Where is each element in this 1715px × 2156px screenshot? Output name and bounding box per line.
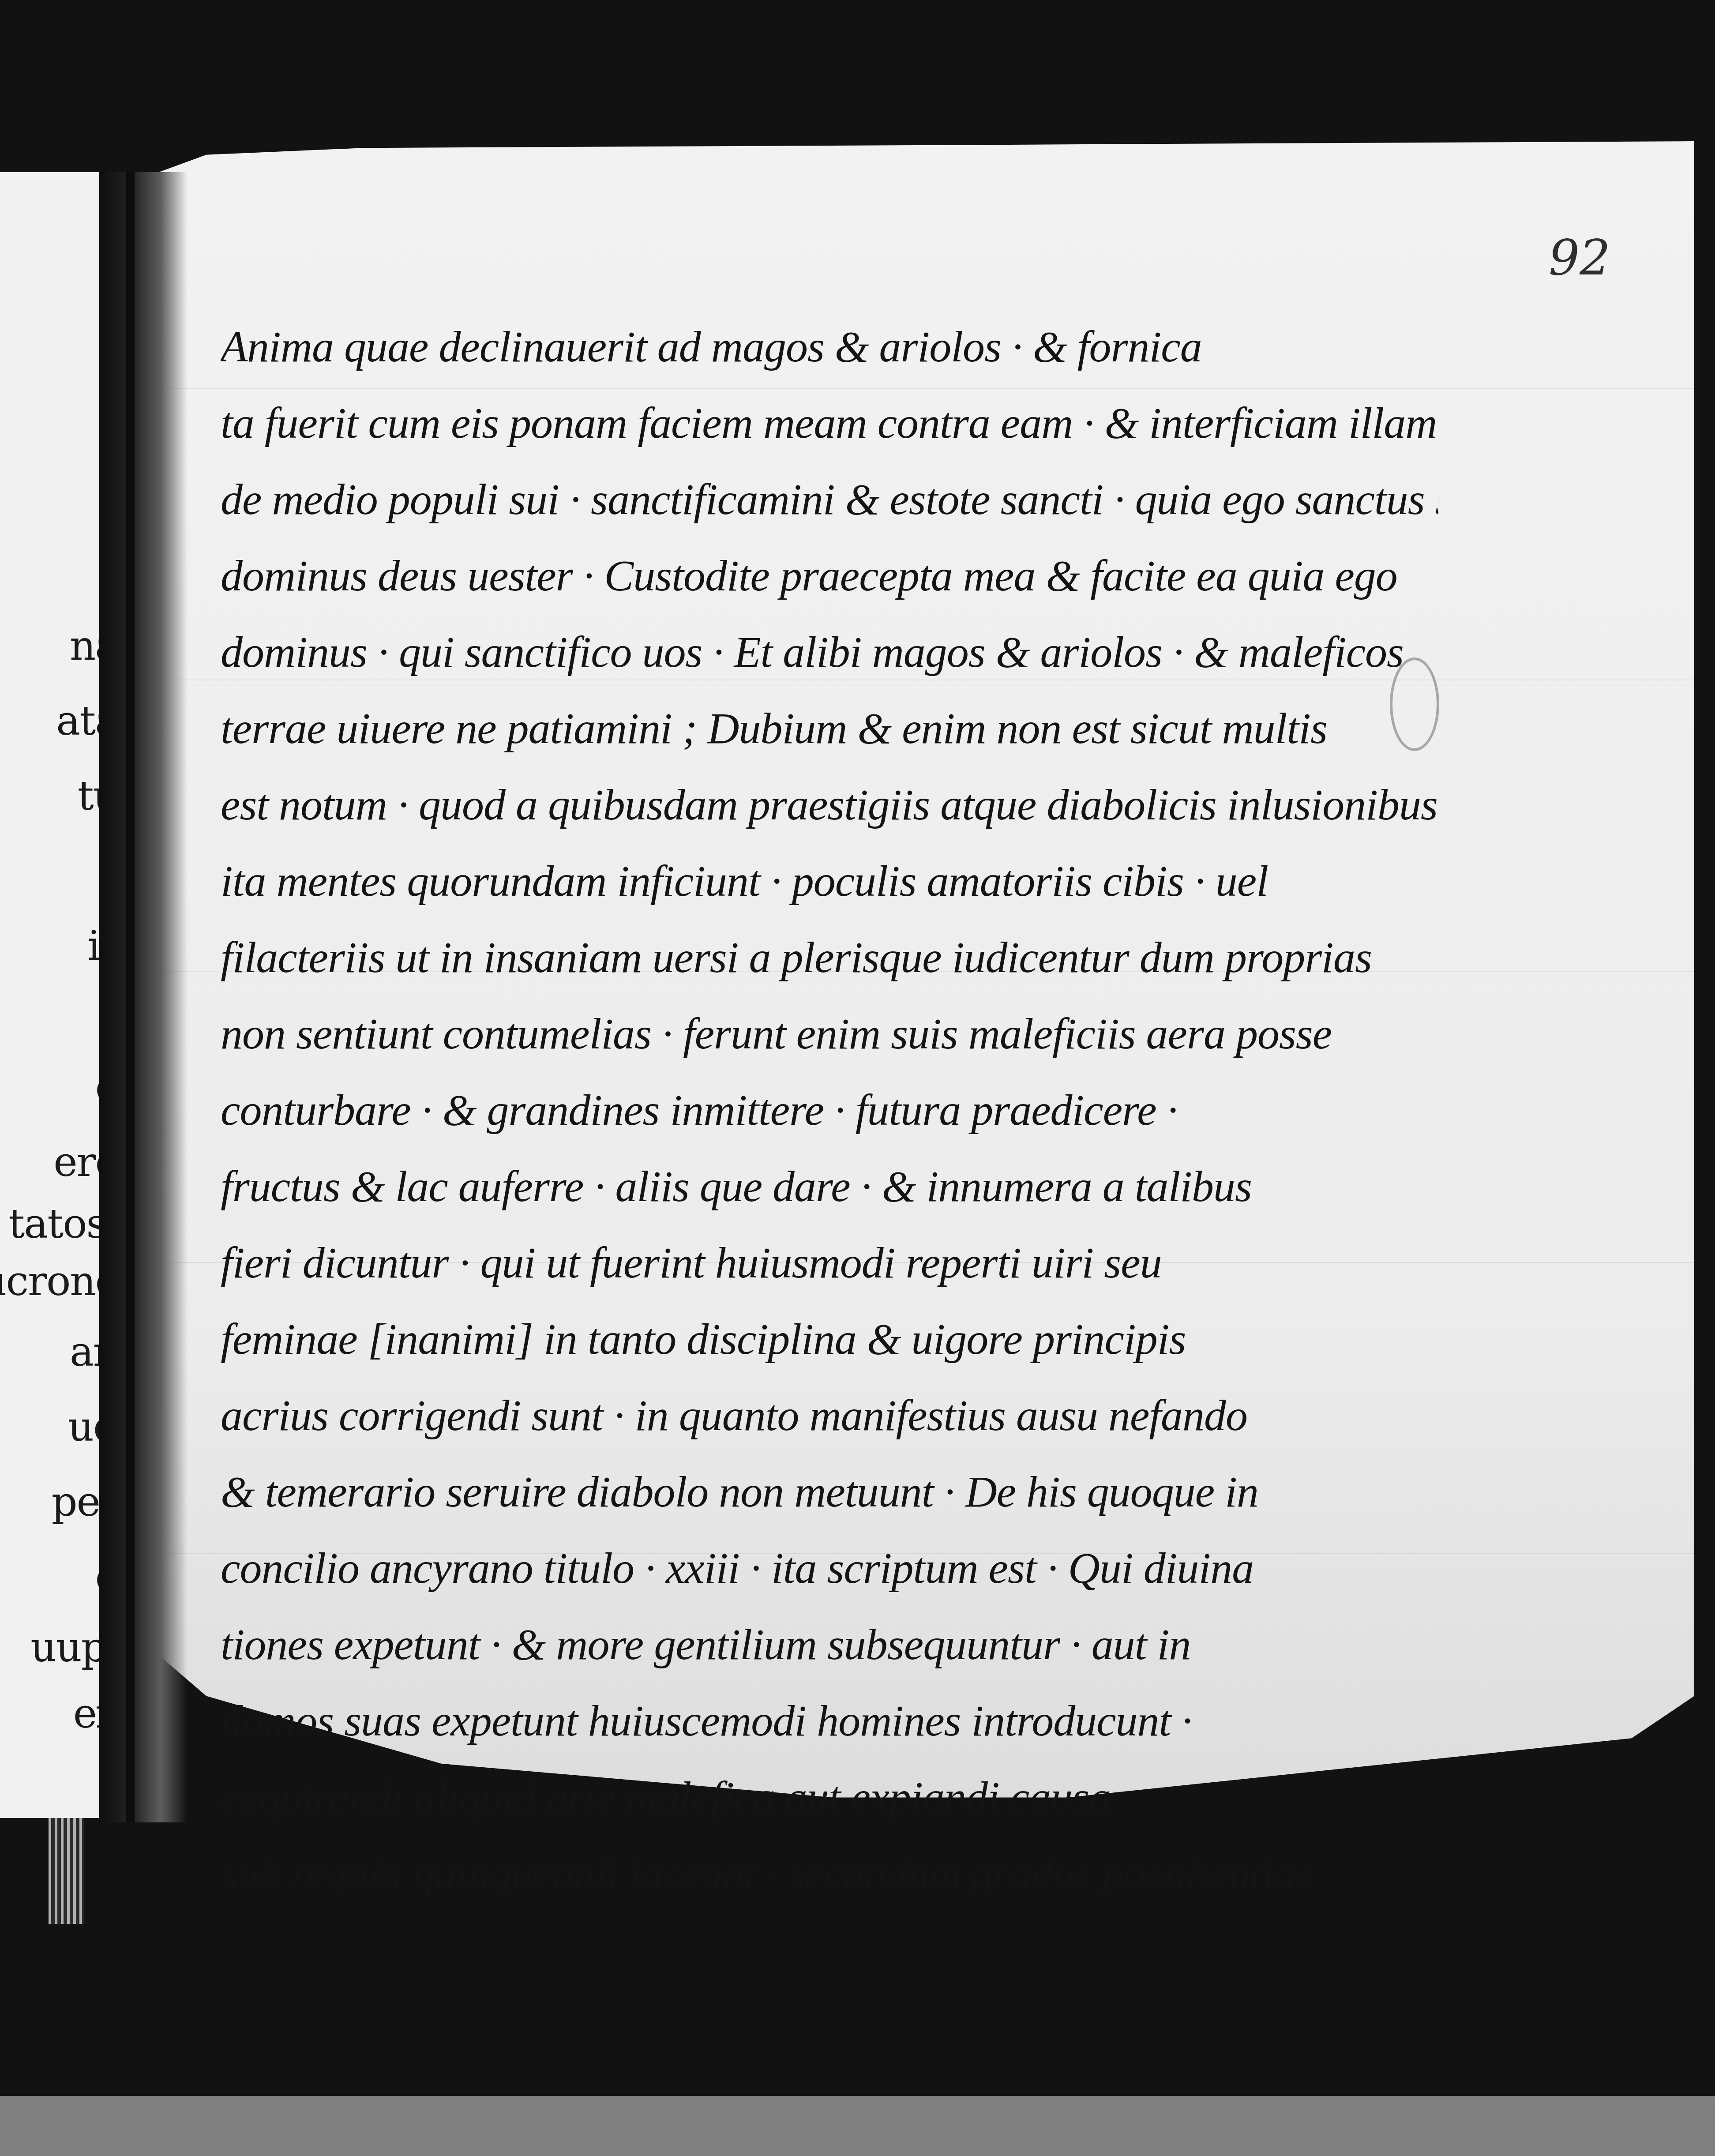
binding-threads (49, 1818, 84, 1924)
text-line: sub regula quinquennii iaceant · secundu… (221, 1836, 1438, 1912)
manuscript-scan: nā ata tu r ir i e ere tatos· ucrone an … (0, 0, 1715, 2156)
text-line: acrius corrigendi sunt · in quanto manif… (221, 1378, 1438, 1454)
scanner-bottom-strip (0, 2096, 1715, 2156)
text-line: terrae uiuere ne patiamini ; Dubium & en… (221, 691, 1438, 767)
text-line: est notum · quod a quibusdam praestigiis… (221, 767, 1438, 843)
gutter-shadow (99, 172, 188, 1822)
text-line: & temerario seruire diabolo non metuunt … (221, 1454, 1438, 1530)
text-line: ita mentes quorundam inficiunt · poculis… (221, 843, 1438, 920)
text-line: dominus · qui sanctifico uos · Et alibi … (221, 614, 1438, 691)
text-line-with-cancellation: feminae [inanimi] in tanto disciplina & … (221, 1301, 1438, 1378)
text-line: exquirendi aliquid arte malefica aut exp… (221, 1759, 1438, 1836)
folio-number: 92 (1549, 229, 1610, 286)
text-line: ta fuerit cum eis ponam faciem meam cont… (221, 385, 1438, 462)
text-line: tiones expetunt · & more gentilium subse… (221, 1607, 1438, 1683)
text-line: concilio ancyrano titulo · xxiii · ita s… (221, 1530, 1438, 1607)
text-line: filacteriis ut in insaniam uersi a pleri… (221, 920, 1438, 996)
text-line: fieri dicuntur · qui ut fuerint huiusmod… (221, 1225, 1438, 1301)
text-line: dominus deus uester · Custodite praecept… (221, 538, 1438, 614)
manuscript-text-block: Anima quae declinauerit ad magos & ariol… (221, 309, 1438, 1912)
text-line: domos suas expetunt huiuscemodi homines … (221, 1683, 1438, 1759)
text-line: Anima quae declinauerit ad magos & ariol… (221, 309, 1438, 385)
text-line: non sentiunt contumelias · ferunt enim s… (221, 996, 1438, 1072)
gutter-edge (126, 172, 135, 1822)
text-line: conturbare · & grandines inmittere · fut… (221, 1072, 1438, 1149)
text-line: de medio populi sui · sanctificamini & e… (221, 462, 1438, 538)
text-line: fructus & lac auferre · aliis que dare ·… (221, 1149, 1438, 1225)
